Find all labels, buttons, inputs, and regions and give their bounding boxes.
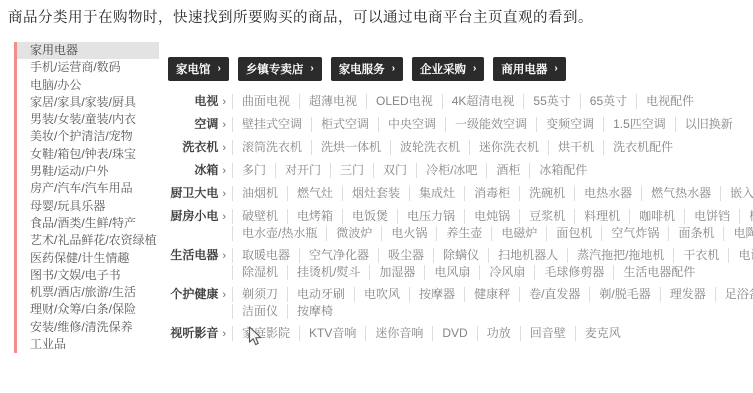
category-row-label-text: 电视 <box>194 94 218 108</box>
category-link[interactable]: 电炖锅 <box>464 209 519 224</box>
category-link[interactable]: DVD <box>432 326 476 341</box>
category-row-label[interactable]: 厨卫大电› <box>168 186 226 202</box>
category-row-label[interactable]: 冰箱› <box>168 163 226 179</box>
category-row-links: 家庭影院KTV音响迷你音响DVD功放回音壁麦克风 <box>232 326 750 342</box>
category-link-line: 除湿机挂烫机/熨斗加湿器电风扇冷风扇毛球修剪器生活电器配件 <box>232 265 753 280</box>
category-link[interactable]: 足浴盆 <box>715 287 753 302</box>
category-link[interactable]: 柜式空调 <box>311 117 378 132</box>
intro-text: 商品分类用于在购物时，快速找到所要购买的商品，可以通过电商平台主页直观的看到。 <box>8 6 593 27</box>
category-link[interactable]: 以旧换新 <box>675 117 742 132</box>
category-link[interactable]: 曲面电视 <box>232 94 299 109</box>
category-row-links: 破壁机电烤箱电饭煲电压力锅电炖锅豆浆机料理机咖啡机电饼铛榨汁机/原汁机电水壶/热… <box>232 209 753 241</box>
category-link[interactable]: 按摩椅 <box>287 304 342 319</box>
sidebar-item[interactable]: 电脑/办公 <box>17 77 159 94</box>
category-row-label-text: 生活电器 <box>170 248 218 262</box>
category-link[interactable]: 电饭煲 <box>342 209 397 224</box>
sidebar-item[interactable]: 医药保健/计生情趣 <box>17 250 159 267</box>
category-row-label[interactable]: 洗衣机› <box>168 140 226 156</box>
sidebar-item[interactable]: 男装/女装/童装/内衣 <box>17 111 159 128</box>
sidebar-item[interactable]: 食品/酒类/生鲜/特产 <box>17 215 159 232</box>
category-link[interactable]: 55英寸 <box>523 94 579 109</box>
category-link[interactable]: 洁面仪 <box>232 304 287 319</box>
category-link-line: 电水壶/热水瓶微波炉电火锅养生壶电磁炉面包机空气炸锅面条机电陶炉煮蛋器电烧烤炉 <box>232 226 753 241</box>
sidebar-item[interactable]: 图书/文娱/电子书 <box>17 267 159 284</box>
category-row: 冰箱›多门对开门三门双门冷柜/冰吧酒柜冰箱配件 <box>168 163 750 179</box>
category-row-label[interactable]: 厨房小电› <box>168 209 226 241</box>
category-link[interactable]: 卷/直发器 <box>519 287 589 302</box>
chevron-right-icon: › <box>222 188 226 200</box>
category-link[interactable]: 电陶炉 <box>723 226 753 241</box>
tab-label: 商用电器 <box>501 61 547 77</box>
category-link[interactable]: 吸尘器 <box>378 248 433 263</box>
chevron-right-icon: › <box>554 64 557 74</box>
category-link[interactable]: 电动牙刷 <box>287 287 354 302</box>
category-link[interactable]: 电风扇 <box>424 265 479 280</box>
category-link[interactable]: 油烟机 <box>232 186 287 201</box>
category-link-line: 破壁机电烤箱电饭煲电压力锅电炖锅豆浆机料理机咖啡机电饼铛榨汁机/原汁机 <box>232 209 753 224</box>
category-link[interactable]: 生活电器配件 <box>613 265 704 280</box>
category-link[interactable]: 多门 <box>232 163 275 178</box>
category-link[interactable]: 理发器 <box>660 287 715 302</box>
category-link[interactable]: 冷柜/冰吧 <box>416 163 486 178</box>
category-link[interactable]: 烘干机 <box>548 140 603 155</box>
category-row-label-text: 洗衣机 <box>182 140 218 154</box>
chevron-right-icon: › <box>392 64 395 74</box>
menu-tabs: 家电馆›乡镇专卖店›家电服务›企业采购›商用电器› <box>168 57 750 81</box>
tab-button[interactable]: 家电馆› <box>168 57 229 81</box>
category-row-label-text: 厨房小电 <box>170 209 218 223</box>
sidebar-item[interactable]: 女鞋/箱包/钟表/珠宝 <box>17 146 159 163</box>
category-link[interactable]: 微波炉 <box>326 226 381 241</box>
sidebar-item[interactable]: 机票/酒店/旅游/生活 <box>17 284 159 301</box>
category-row: 厨房小电›破壁机电烤箱电饭煲电压力锅电炖锅豆浆机料理机咖啡机电饼铛榨汁机/原汁机… <box>168 209 750 241</box>
category-row-label-text: 空调 <box>194 117 218 131</box>
category-link[interactable]: 超薄电视 <box>299 94 366 109</box>
category-link-line: 洁面仪按摩椅 <box>232 304 753 319</box>
category-row-label[interactable]: 电视› <box>168 94 226 110</box>
chevron-right-icon: › <box>222 96 226 108</box>
category-link[interactable]: 电吹风 <box>354 287 409 302</box>
category-link[interactable]: 燃气灶 <box>287 186 342 201</box>
category-row-links: 壁挂式空调柜式空调中央空调一级能效空调变频空调1.5匹空调以旧换新 <box>232 117 750 133</box>
category-link[interactable]: 洗衣机配件 <box>603 140 682 155</box>
category-link[interactable]: 集成灶 <box>409 186 464 201</box>
chevron-right-icon: › <box>222 142 226 154</box>
category-link[interactable]: 壁挂式空调 <box>232 117 311 132</box>
category-link[interactable]: 电热水器 <box>574 186 641 201</box>
category-link[interactable]: 电饼铛 <box>684 209 739 224</box>
category-row-links: 取暖电器空气净化器吸尘器除螨仪扫地机器人蒸汽拖把/拖地机干衣机电话机饮水机净水器… <box>232 248 753 280</box>
category-row-links: 油烟机燃气灶烟灶套装集成灶消毒柜洗碗机电热水器燃气热水器嵌入式厨电 <box>232 186 753 202</box>
category-link[interactable]: 破壁机 <box>232 209 287 224</box>
category-link[interactable]: 燃气热水器 <box>641 186 720 201</box>
category-link[interactable]: 按摩器 <box>409 287 464 302</box>
category-link[interactable]: KTV音响 <box>299 326 365 341</box>
category-link-line: 滚筒洗衣机洗烘一体机波轮洗衣机迷你洗衣机烘干机洗衣机配件 <box>232 140 750 155</box>
category-link[interactable]: 冰箱配件 <box>529 163 596 178</box>
category-link-line: 家庭影院KTV音响迷你音响DVD功放回音壁麦克风 <box>232 326 750 341</box>
sidebar-item[interactable]: 家居/家具/家装/厨具 <box>17 94 159 111</box>
category-link[interactable]: 电火锅 <box>381 226 436 241</box>
category-link[interactable]: 除湿机 <box>232 265 287 280</box>
category-link[interactable]: OLED电视 <box>366 94 442 109</box>
category-link[interactable]: 麦克风 <box>575 326 630 341</box>
category-link[interactable]: 取暖电器 <box>232 248 299 263</box>
category-link[interactable]: 迷你音响 <box>365 326 432 341</box>
category-row-links: 剃须刀电动牙刷电吹风按摩器健康秤卷/直发器剃/脱毛器理发器足浴盆足疗机美容器洁面… <box>232 287 753 319</box>
category-link-line: 取暖电器空气净化器吸尘器除螨仪扫地机器人蒸汽拖把/拖地机干衣机电话机饮水机净水器 <box>232 248 753 263</box>
category-link[interactable]: 功放 <box>477 326 520 341</box>
chevron-right-icon: › <box>218 64 221 74</box>
category-row: 厨卫大电›油烟机燃气灶烟灶套装集成灶消毒柜洗碗机电热水器燃气热水器嵌入式厨电 <box>168 186 750 202</box>
category-row-links: 曲面电视超薄电视OLED电视4K超清电视55英寸65英寸电视配件 <box>232 94 750 110</box>
sidebar-item[interactable]: 美妆/个护清洁/宠物 <box>17 128 159 145</box>
category-link[interactable]: 1.5匹空调 <box>603 117 675 132</box>
chevron-right-icon: › <box>222 211 226 223</box>
sidebar-item[interactable]: 房产/汽车/汽车用品 <box>17 180 159 197</box>
tab-label: 企业采购 <box>420 61 466 77</box>
category-link[interactable]: 扫地机器人 <box>488 248 567 263</box>
category-link[interactable]: 面条机 <box>668 226 723 241</box>
category-link-line: 油烟机燃气灶烟灶套装集成灶消毒柜洗碗机电热水器燃气热水器嵌入式厨电 <box>232 186 753 201</box>
chevron-right-icon: › <box>222 250 226 262</box>
category-link[interactable]: 嵌入式厨电 <box>720 186 753 201</box>
sidebar-item[interactable]: 工业品 <box>17 336 159 353</box>
category-link[interactable]: 电水壶/热水瓶 <box>232 226 326 241</box>
chevron-right-icon: › <box>222 289 226 301</box>
category-row-label[interactable]: 空调› <box>168 117 226 133</box>
category-link[interactable]: 加湿器 <box>369 265 424 280</box>
mega-menu: 家电馆›乡镇专卖店›家电服务›企业采购›商用电器› 电视›曲面电视超薄电视OLE… <box>168 57 750 349</box>
category-link[interactable]: 榨汁机/原汁机 <box>739 209 753 224</box>
mouse-cursor <box>248 326 263 347</box>
category-row-label[interactable]: 生活电器› <box>168 248 226 280</box>
category-link[interactable]: 料理机 <box>574 209 629 224</box>
category-link[interactable]: 滚筒洗衣机 <box>232 140 311 155</box>
category-row: 生活电器›取暖电器空气净化器吸尘器除螨仪扫地机器人蒸汽拖把/拖地机干衣机电话机饮… <box>168 248 750 280</box>
category-row-label-text: 厨卫大电 <box>170 186 218 200</box>
category-link[interactable]: 干衣机 <box>673 248 728 263</box>
category-link[interactable]: 剃须刀 <box>232 287 287 302</box>
category-link[interactable]: 电烤箱 <box>287 209 342 224</box>
tab-label: 乡镇专卖店 <box>246 61 304 77</box>
tab-button[interactable]: 企业采购› <box>412 57 484 81</box>
category-link[interactable]: 电压力锅 <box>397 209 464 224</box>
sidebar-item[interactable]: 家用电器 <box>17 42 159 59</box>
category-link-line: 多门对开门三门双门冷柜/冰吧酒柜冰箱配件 <box>232 163 750 178</box>
category-rows: 电视›曲面电视超薄电视OLED电视4K超清电视55英寸65英寸电视配件空调›壁挂… <box>168 94 750 342</box>
category-link[interactable]: 消毒柜 <box>464 186 519 201</box>
chevron-right-icon: › <box>473 64 476 74</box>
category-link[interactable]: 一级能效空调 <box>445 117 536 132</box>
category-link[interactable]: 65英寸 <box>580 94 636 109</box>
category-link[interactable]: 毛球修剪器 <box>534 265 613 280</box>
category-link[interactable]: 家庭影院 <box>232 326 299 341</box>
sidebar-item[interactable]: 理财/众筹/白条/保险 <box>17 301 159 318</box>
category-link[interactable]: 洗烘一体机 <box>311 140 390 155</box>
category-row-label[interactable]: 个护健康› <box>168 287 226 319</box>
tab-label: 家电馆 <box>176 61 211 77</box>
chevron-right-icon: › <box>222 328 226 340</box>
chevron-right-icon: › <box>310 64 313 74</box>
category-link[interactable]: 养生壶 <box>436 226 491 241</box>
tab-button[interactable]: 乡镇专卖店› <box>238 57 322 81</box>
category-row: 空调›壁挂式空调柜式空调中央空调一级能效空调变频空调1.5匹空调以旧换新 <box>168 117 750 133</box>
category-row: 电视›曲面电视超薄电视OLED电视4K超清电视55英寸65英寸电视配件 <box>168 94 750 110</box>
tab-label: 家电服务 <box>339 61 385 77</box>
category-link[interactable]: 对开门 <box>275 163 330 178</box>
category-link[interactable]: 咖啡机 <box>629 209 684 224</box>
category-row-label-text: 视听影音 <box>170 326 218 340</box>
category-link[interactable]: 面包机 <box>546 226 601 241</box>
sidebar-item[interactable]: 安装/维修/清洗保养 <box>17 319 159 336</box>
category-link[interactable]: 空气炸锅 <box>601 226 668 241</box>
category-link-line: 曲面电视超薄电视OLED电视4K超清电视55英寸65英寸电视配件 <box>232 94 750 109</box>
category-row-label[interactable]: 视听影音› <box>168 326 226 342</box>
category-link-line: 剃须刀电动牙刷电吹风按摩器健康秤卷/直发器剃/脱毛器理发器足浴盆足疗机美容器 <box>232 287 753 302</box>
category-link[interactable]: 电磁炉 <box>491 226 546 241</box>
category-row-links: 滚筒洗衣机洗烘一体机波轮洗衣机迷你洗衣机烘干机洗衣机配件 <box>232 140 750 156</box>
category-link[interactable]: 豆浆机 <box>519 209 574 224</box>
tab-button[interactable]: 商用电器› <box>493 57 565 81</box>
category-link[interactable]: 烟灶套装 <box>342 186 409 201</box>
category-link[interactable]: 三门 <box>330 163 373 178</box>
category-row: 洗衣机›滚筒洗衣机洗烘一体机波轮洗衣机迷你洗衣机烘干机洗衣机配件 <box>168 140 750 156</box>
chevron-right-icon: › <box>222 165 226 177</box>
sidebar-item[interactable]: 艺术/礼品鲜花/农资绿植 <box>17 232 159 249</box>
category-link[interactable]: 挂烫机/熨斗 <box>287 265 369 280</box>
category-link-line: 壁挂式空调柜式空调中央空调一级能效空调变频空调1.5匹空调以旧换新 <box>232 117 750 132</box>
category-link[interactable]: 波轮洗衣机 <box>390 140 469 155</box>
category-link[interactable]: 变频空调 <box>536 117 603 132</box>
category-row-links: 多门对开门三门双门冷柜/冰吧酒柜冰箱配件 <box>232 163 750 179</box>
category-link[interactable]: 蒸汽拖把/拖地机 <box>567 248 673 263</box>
category-sidebar: 家用电器手机/运营商/数码电脑/办公家居/家具/家装/厨具男装/女装/童装/内衣… <box>14 42 159 353</box>
category-row: 个护健康›剃须刀电动牙刷电吹风按摩器健康秤卷/直发器剃/脱毛器理发器足浴盆足疗机… <box>168 287 750 319</box>
category-link[interactable]: 洗碗机 <box>519 186 574 201</box>
sidebar-item[interactable]: 母婴/玩具乐器 <box>17 198 159 215</box>
category-link[interactable]: 健康秤 <box>464 287 519 302</box>
category-link[interactable]: 冷风扇 <box>479 265 534 280</box>
category-link[interactable]: 空气净化器 <box>299 248 378 263</box>
category-link[interactable]: 4K超清电视 <box>442 94 524 109</box>
category-link[interactable]: 除螨仪 <box>433 248 488 263</box>
sidebar-item[interactable]: 男鞋/运动/户外 <box>17 163 159 180</box>
tab-button[interactable]: 家电服务› <box>331 57 403 81</box>
category-link[interactable]: 迷你洗衣机 <box>469 140 548 155</box>
category-link[interactable]: 中央空调 <box>378 117 445 132</box>
category-row-label-text: 冰箱 <box>194 163 218 177</box>
sidebar-item[interactable]: 手机/运营商/数码 <box>17 59 159 76</box>
category-row-label-text: 个护健康 <box>170 287 218 301</box>
category-link[interactable]: 双门 <box>373 163 416 178</box>
category-link[interactable]: 剃/脱毛器 <box>589 287 659 302</box>
category-link[interactable]: 回音壁 <box>520 326 575 341</box>
category-link[interactable]: 酒柜 <box>486 163 529 178</box>
chevron-right-icon: › <box>222 119 226 131</box>
category-link[interactable]: 电视配件 <box>636 94 703 109</box>
category-link[interactable]: 电话机 <box>728 248 753 263</box>
